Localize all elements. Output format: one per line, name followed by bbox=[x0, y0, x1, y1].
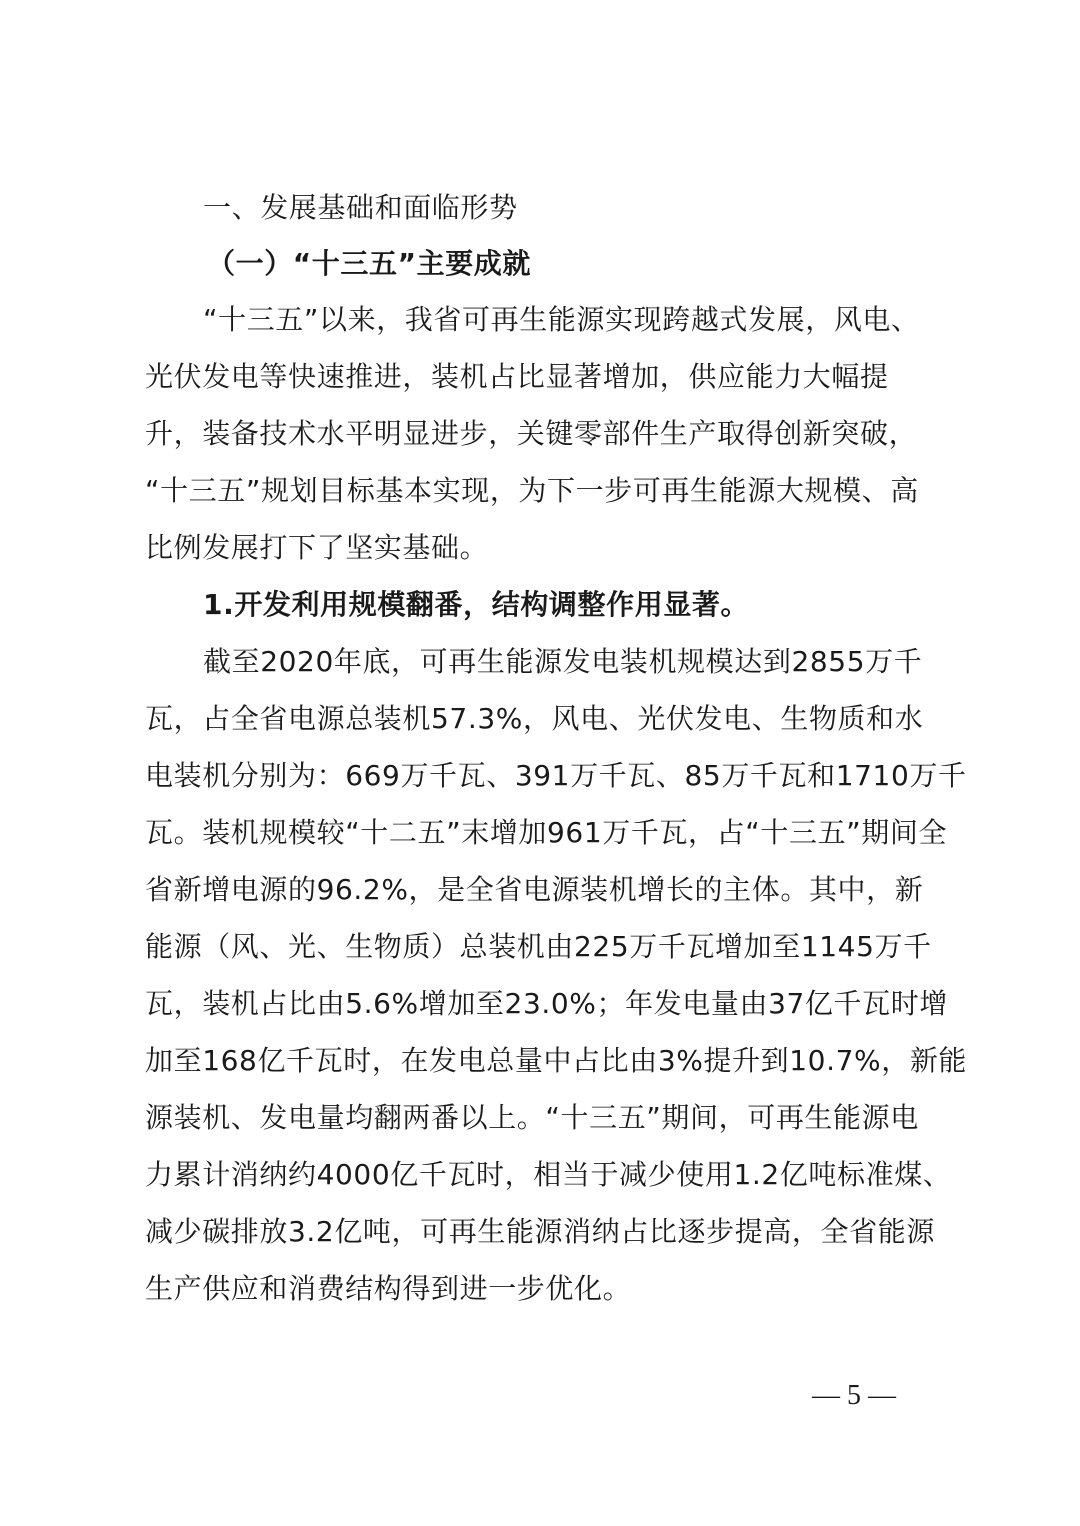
paragraph-line: 力累计消纳约4000亿千瓦时，相当于减少使用1.2亿吨标准煤、 bbox=[145, 1155, 951, 1195]
paragraph-line: 能源（风、光、生物质）总装机由225万千瓦增加至1145万千 bbox=[145, 927, 932, 967]
paragraph-line: 瓦，装机占比由5.6%增加至23.0%；年发电量由37亿千瓦时增 bbox=[145, 984, 948, 1024]
paragraph-line: 加至168亿千瓦时，在发电总量中占比由3%提升到10.7%，新能 bbox=[145, 1041, 967, 1081]
paragraph-line: 瓦。装机规模较“十二五”末增加961万千瓦，占“十三五”期间全 bbox=[145, 813, 947, 853]
paragraph-line: 瓦，占全省电源总装机57.3%，风电、光伏发电、生物质和水 bbox=[145, 699, 923, 739]
paragraph-line: 光伏发电等快速推进，装机占比显著增加，供应能力大幅提 bbox=[145, 357, 889, 397]
section-heading: 一、发展基础和面临形势 bbox=[203, 188, 518, 228]
paragraph-line: 比例发展打下了坚实基础。 bbox=[145, 528, 488, 568]
paragraph-line: “十三五”以来，我省可再生能源实现跨越式发展，风电、 bbox=[203, 300, 920, 340]
paragraph-line: 电装机分别为：669万千瓦、391万千瓦、85万千瓦和1710万千 bbox=[145, 756, 967, 796]
page-number: — 5 — bbox=[812, 1378, 896, 1414]
item-heading: 1.开发利用规模翻番，结构调整作用显著。 bbox=[203, 585, 749, 625]
paragraph-line: 省新增电源的96.2%，是全省电源装机增长的主体。其中，新 bbox=[145, 870, 923, 910]
paragraph-line: 源装机、发电量均翻两番以上。“十三五”期间，可再生能源电 bbox=[145, 1098, 919, 1138]
paragraph-line: 生产供应和消费结构得到进一步优化。 bbox=[145, 1269, 631, 1309]
paragraph-line: “十三五”规划目标基本实现，为下一步可再生能源大规模、高 bbox=[145, 471, 919, 511]
paragraph-line: 升，装备技术水平明显进步，关键零部件生产取得创新突破， bbox=[145, 414, 917, 454]
paragraph-line: 截至2020年底，可再生能源发电装机规模达到2855万千 bbox=[203, 642, 922, 682]
subsection-heading: （一）“十三五”主要成就 bbox=[207, 244, 531, 284]
paragraph-line: 减少碳排放3.2亿吨，可再生能源消纳占比逐步提高，全省能源 bbox=[145, 1212, 935, 1252]
